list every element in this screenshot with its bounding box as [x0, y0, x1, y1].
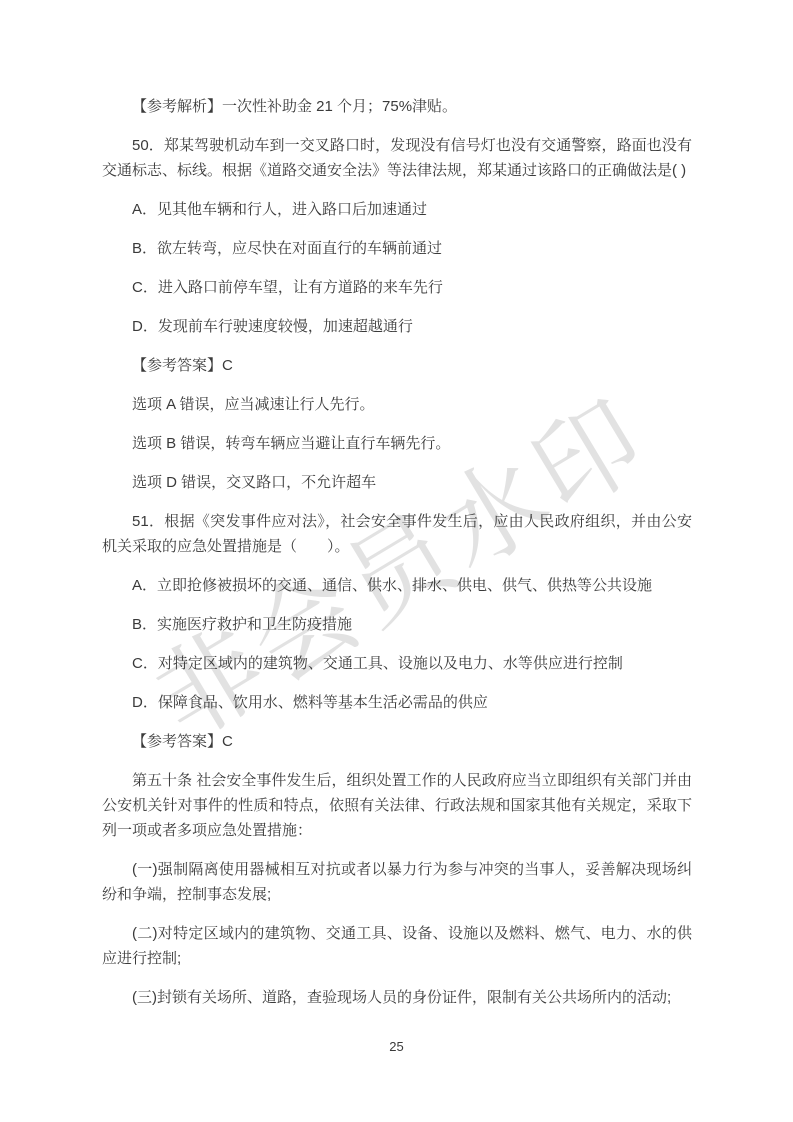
question-51-option-d: D．保障食品、饮用水、燃料等基本生活必需品的供应	[102, 690, 692, 715]
law-article-50-item-1: (一)强制隔离使用器械相互对抗或者以暴力行为参与冲突的当事人，妥善解决现场纠纷和…	[102, 857, 692, 907]
page-content: 【参考解析】一次性补助金 21 个月；75%津贴。 50．郑某驾驶机动车到一交叉…	[102, 94, 692, 1024]
law-article-50-item-3: (三)封锁有关场所、道路，查验现场人员的身份证件，限制有关公共场所内的活动;	[102, 985, 692, 1010]
document-page: 非会员水印 【参考解析】一次性补助金 21 个月；75%津贴。 50．郑某驾驶机…	[0, 0, 793, 1122]
question-50-option-b: B．欲左转弯，应尽快在对面直行的车辆前通过	[102, 236, 692, 261]
question-50-stem: 50．郑某驾驶机动车到一交叉路口时，发现没有信号灯也没有交通警察，路面也没有交通…	[102, 133, 692, 183]
question-51-stem: 51．根据《突发事件应对法》，社会安全事件发生后，应由人民政府组织，并由公安机关…	[102, 509, 692, 559]
question-51-option-a: A．立即抢修被损坏的交通、通信、供水、排水、供电、供气、供热等公共设施	[102, 573, 692, 598]
question-50-explanation-b: 选项 B 错误，转弯车辆应当避让直行车辆先行。	[102, 431, 692, 456]
question-50-option-c: C．进入路口前停车望，让有方道路的来车先行	[102, 275, 692, 300]
question-51-option-b: B．实施医疗救护和卫生防疫措施	[102, 612, 692, 637]
question-51-option-c: C．对特定区域内的建筑物、交通工具、设施以及电力、水等供应进行控制	[102, 651, 692, 676]
question-51-answer: 【参考答案】C	[102, 729, 692, 754]
page-number: 25	[0, 1039, 793, 1054]
law-article-50-item-2: (二)对特定区域内的建筑物、交通工具、设备、设施以及燃料、燃气、电力、水的供应进…	[102, 921, 692, 971]
question-50-option-a: A．见其他车辆和行人，进入路口后加速通过	[102, 197, 692, 222]
question-50-explanation-d: 选项 D 错误，交叉路口，不允许超车	[102, 470, 692, 495]
question-50-answer: 【参考答案】C	[102, 353, 692, 378]
analysis-previous-question: 【参考解析】一次性补助金 21 个月；75%津贴。	[102, 94, 692, 119]
question-50-option-d: D．发现前车行驶速度较慢，加速超越通行	[102, 314, 692, 339]
question-50-explanation-a: 选项 A 错误，应当减速让行人先行。	[102, 392, 692, 417]
law-article-50-intro: 第五十条 社会安全事件发生后，组织处置工作的人民政府应当立即组织有关部门并由公安…	[102, 768, 692, 843]
